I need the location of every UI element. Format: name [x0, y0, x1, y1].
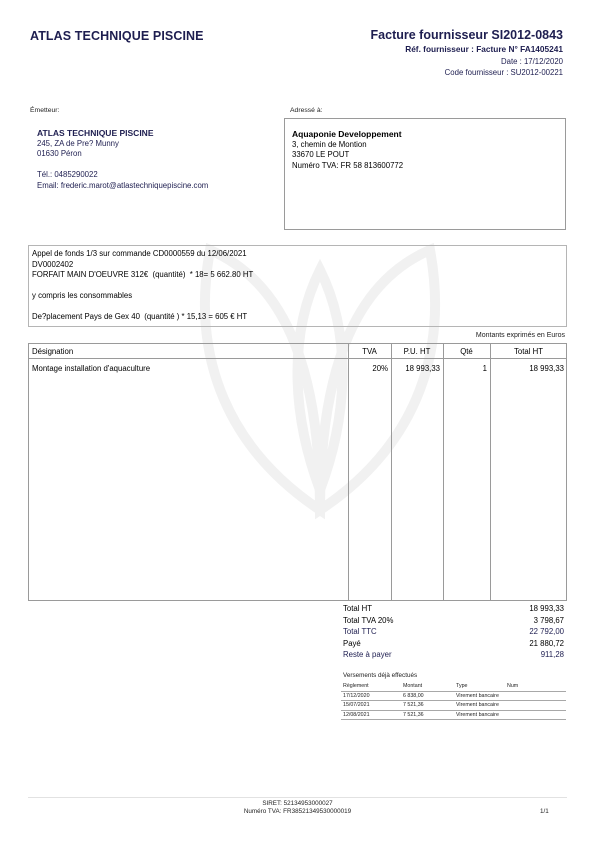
- note-line: Appel de fonds 1/3 sur commande CD000055…: [32, 249, 563, 260]
- footer-vat: Numéro TVA: FR38521349530000019: [0, 808, 595, 815]
- addressee-name: Aquaponie Developpement: [292, 129, 403, 140]
- note-line: y compris les consommables: [32, 291, 563, 302]
- footer-divider: [28, 797, 567, 798]
- note-line: FORFAIT MAIN D'OEUVRE 312€ (quantité) * …: [32, 270, 563, 281]
- invoice-date: Date : 17/12/2020: [501, 57, 563, 66]
- note-line: De?placement Pays de Gex 40 (quantité ) …: [32, 312, 563, 323]
- invoice-title: Facture fournisseur SI2012-0843: [371, 28, 563, 42]
- emitter-phone: Tél.: 0485290022: [37, 170, 208, 181]
- addressee-vat-number: Numéro TVA: FR 58 813600772: [292, 161, 403, 172]
- payment-row: 15/07/2021 7 521,36 Virement bancaire: [341, 701, 566, 711]
- emitter-label: Émetteur:: [30, 107, 59, 114]
- column-header-quantity: Qté: [443, 347, 490, 356]
- total-ht-row: Total HT 18 993,33: [343, 604, 564, 615]
- column-header-tva: TVA: [348, 347, 391, 356]
- emitter-block: ATLAS TECHNIQUE PISCINE 245, ZA de Pre? …: [37, 128, 208, 191]
- line-tva: 20%: [348, 364, 388, 373]
- column-header-total-ht: Total HT: [490, 347, 567, 356]
- company-title: ATLAS TECHNIQUE PISCINE: [30, 29, 204, 43]
- paid-row: Payé 21 880,72: [343, 639, 564, 650]
- note-line: [32, 281, 563, 292]
- footer-siret: SIRET: 52134953000027: [0, 800, 595, 807]
- note-line: DV0002402: [32, 260, 563, 271]
- addressee-box: Aquaponie Developpement 3, chemin de Mon…: [284, 118, 566, 230]
- line-total: 18 993,33: [490, 364, 564, 373]
- addressee-address-line2: 33670 LE POUT: [292, 150, 403, 161]
- total-tva-row: Total TVA 20% 3 798,67: [343, 616, 564, 627]
- emitter-email: Email: frederic.marot@atlastechniquepisc…: [37, 181, 208, 192]
- emitter-address-line1: 245, ZA de Pre? Munny: [37, 139, 208, 150]
- page-number: 1/1: [540, 808, 549, 815]
- column-header-unit-price: P.U. HT: [391, 347, 443, 356]
- payment-row: 12/08/2021 7 521,36 Virement bancaire: [341, 711, 566, 721]
- addressee-address-line1: 3, chemin de Montion: [292, 140, 403, 151]
- line-unit-price: 18 993,33: [391, 364, 440, 373]
- supplier-code: Code fournisseur : SU2012-00221: [445, 68, 563, 77]
- note-line: [32, 302, 563, 313]
- payments-table: Règlement Montant Type Num 17/12/2020 6 …: [341, 682, 566, 720]
- line-quantity: 1: [443, 364, 487, 373]
- emitter-name: ATLAS TECHNIQUE PISCINE: [37, 128, 208, 139]
- total-ttc-row: Total TTC 22 792,00: [343, 627, 564, 638]
- emitter-address-line2: 01630 Péron: [37, 149, 208, 160]
- payments-title: Versements déjà effectués: [343, 672, 417, 679]
- supplier-invoice-reference: Réf. fournisseur : Facture N° FA1405241: [405, 44, 563, 54]
- remaining-row: Reste à payer 911,28: [343, 650, 564, 661]
- line-designation: Montage installation d'aquaculture: [32, 364, 150, 373]
- invoice-lines-table: Désignation TVA P.U. HT Qté Total HT Mon…: [28, 343, 567, 601]
- addressee-label: Adressé à:: [290, 107, 323, 114]
- notes-box: Appel de fonds 1/3 sur commande CD000055…: [28, 245, 567, 327]
- currency-note: Montants exprimés en Euros: [476, 332, 565, 339]
- payment-row: 17/12/2020 6 838,00 Virement bancaire: [341, 692, 566, 702]
- payments-header-row: Règlement Montant Type Num: [341, 682, 566, 692]
- column-header-designation: Désignation: [32, 347, 73, 356]
